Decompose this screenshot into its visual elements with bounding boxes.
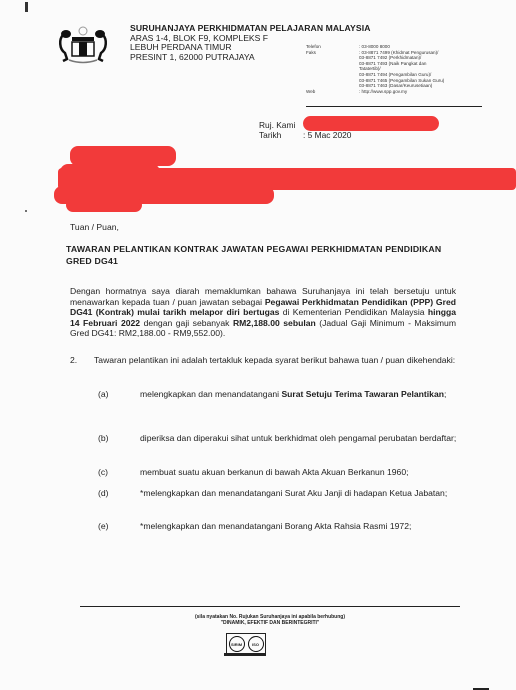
footer: (sila nyatakan No. Rujukan Suruhanjaya i… (80, 614, 460, 626)
date-value: : 5 Mac 2020 (303, 130, 351, 140)
condition-item: (a)melengkapkan dan menandatangani Surat… (98, 389, 458, 400)
condition-text: membuat suatu akuan berkanun di bawah Ak… (140, 467, 458, 478)
condition-item: (b)diperiksa dan diperakui sihat untuk b… (98, 433, 458, 444)
redaction-ref-number (303, 116, 439, 131)
condition-letter: (a) (98, 389, 140, 400)
condition-letter: (c) (98, 467, 140, 478)
sirim-logo-icon: SIRIM (229, 636, 245, 652)
condition-end: ; (444, 389, 446, 399)
condition-letter: (b) (98, 433, 140, 444)
condition-item: (c)membuat suatu akuan berkanun di bawah… (98, 467, 458, 478)
condition-text: *melengkapkan dan menandatangani Surat A… (140, 488, 458, 499)
logo-underline (224, 653, 266, 656)
p1-text: dengan gaji sebanyak (140, 318, 233, 328)
contact-label: Web (306, 89, 359, 95)
ref-label: Ruj. Kami (259, 120, 303, 130)
iso-logo-icon: ISO (248, 636, 264, 652)
condition-item: (e)*melengkapkan dan menandatangani Bora… (98, 521, 458, 532)
condition-letter: (d) (98, 488, 140, 499)
redaction-recipient (70, 146, 176, 166)
condition-letter: (e) (98, 521, 140, 532)
scan-speck (25, 210, 27, 212)
p1-text: di Kementerian Pendidikan Malaysia (279, 307, 427, 317)
certification-logos: SIRIM ISO (226, 633, 266, 655)
header-divider (306, 106, 482, 107)
condition-text: diperiksa dan diperakui sihat untuk berk… (140, 433, 458, 444)
condition-item: (d)*melengkapkan dan menandatangani Sura… (98, 488, 458, 499)
paragraph-2: 2.Tawaran pelantikan ini adalah tertaklu… (70, 355, 456, 366)
redaction-recipient (66, 198, 142, 212)
condition-text: melengkapkan dan menandatangani (140, 389, 281, 399)
condition-bold: Surat Setuju Terima Tawaran Pelantikan (281, 389, 444, 399)
paragraph-1: Dengan hormatnya saya diarah memaklumkan… (70, 286, 456, 339)
date-label: Tarikh (259, 130, 303, 140)
p1-bold-salary: RM2,188.00 sebulan (233, 318, 316, 328)
contact-block: Telefon: 03-8000 8000 Faks: 03-8871 7499… (306, 44, 479, 94)
letter-title: TAWARAN PELANTIKAN KONTRAK JAWATAN PEGAW… (66, 243, 456, 267)
p2-text: Tawaran pelantikan ini adalah tertakluk … (94, 355, 455, 365)
coat-of-arms-icon (57, 25, 109, 67)
paragraph-number: 2. (70, 355, 94, 366)
scan-mark (25, 2, 28, 12)
contact-value: : http://www.spp.gov.my (359, 89, 479, 95)
salutation: Tuan / Puan, (70, 222, 119, 233)
footer-divider (80, 606, 460, 607)
footer-motto: "DINAMIK, EFEKTIF DAN BERINTEGRITI" (80, 620, 460, 626)
condition-text: *melengkapkan dan menandatangani Borang … (140, 521, 458, 532)
